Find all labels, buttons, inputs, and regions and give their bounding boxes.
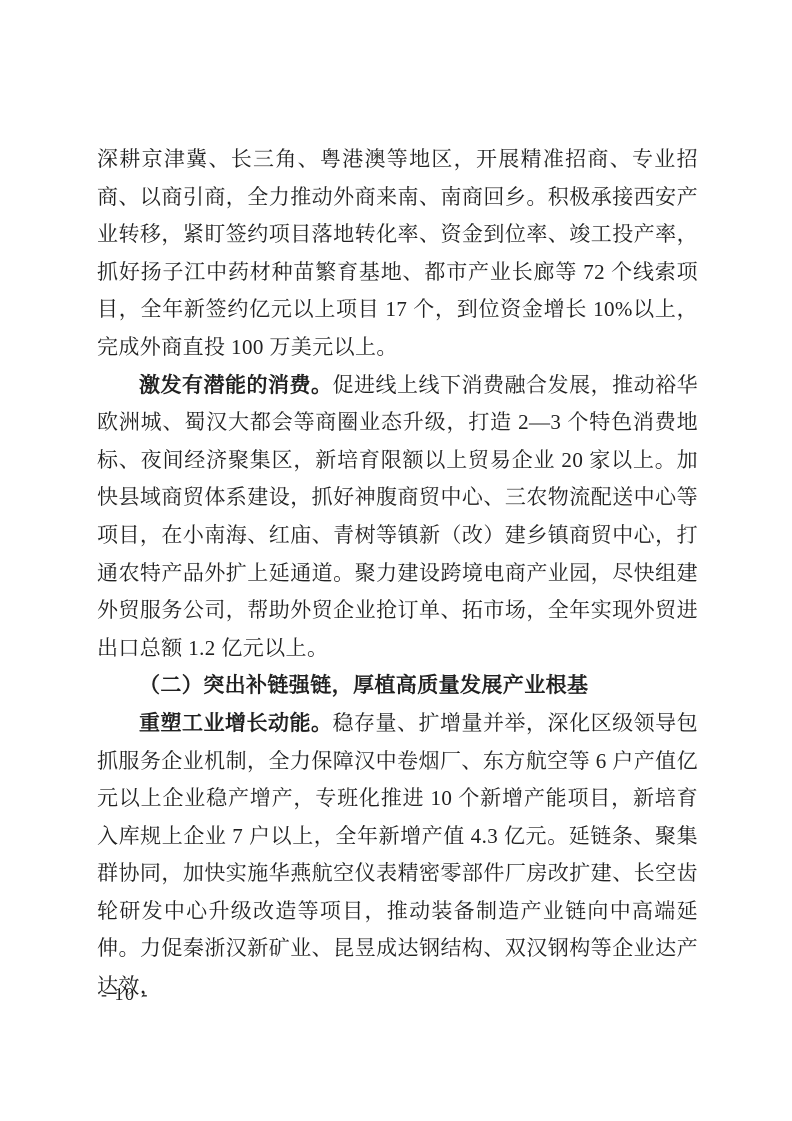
paragraph-lead-bold: 激发有潜能的消费。 bbox=[139, 373, 333, 397]
section-heading-text: （二）突出补链强链，厚植高质量发展产业根基 bbox=[139, 673, 588, 697]
section-heading: （二）突出补链强链，厚植高质量发展产业根基 bbox=[97, 667, 698, 705]
paragraph-investment-continuation: 深耕京津冀、长三角、粤港澳等地区，开展精准招商、专业招商、以商引商，全力推动外商… bbox=[97, 141, 698, 367]
paragraph-lead-bold: 重塑工业增长动能。 bbox=[139, 711, 333, 735]
paragraph-text: 稳存量、扩增量并举，深化区级领导包抓服务企业机制，全力保障汉中卷烟厂、东方航空等… bbox=[97, 711, 698, 998]
document-page: 深耕京津冀、长三角、粤港澳等地区，开展精准招商、专业招商、以商引商，全力推动外商… bbox=[0, 0, 792, 1121]
paragraph-text: 深耕京津冀、长三角、粤港澳等地区，开展精准招商、专业招商、以商引商，全力推动外商… bbox=[97, 147, 698, 359]
document-body: 深耕京津冀、长三角、粤港澳等地区，开展精准招商、专业招商、以商引商，全力推动外商… bbox=[97, 141, 698, 1006]
page-number: - 10 - bbox=[101, 984, 149, 1005]
paragraph-consumption: 激发有潜能的消费。促进线上线下消费融合发展，推动裕华欧洲城、蜀汉大都会等商圈业态… bbox=[97, 367, 698, 668]
paragraph-text: 促进线上线下消费融合发展，推动裕华欧洲城、蜀汉大都会等商圈业态升级，打造 2—3… bbox=[97, 373, 698, 660]
paragraph-industry: 重塑工业增长动能。稳存量、扩增量并举，深化区级领导包抓服务企业机制，全力保障汉中… bbox=[97, 705, 698, 1006]
